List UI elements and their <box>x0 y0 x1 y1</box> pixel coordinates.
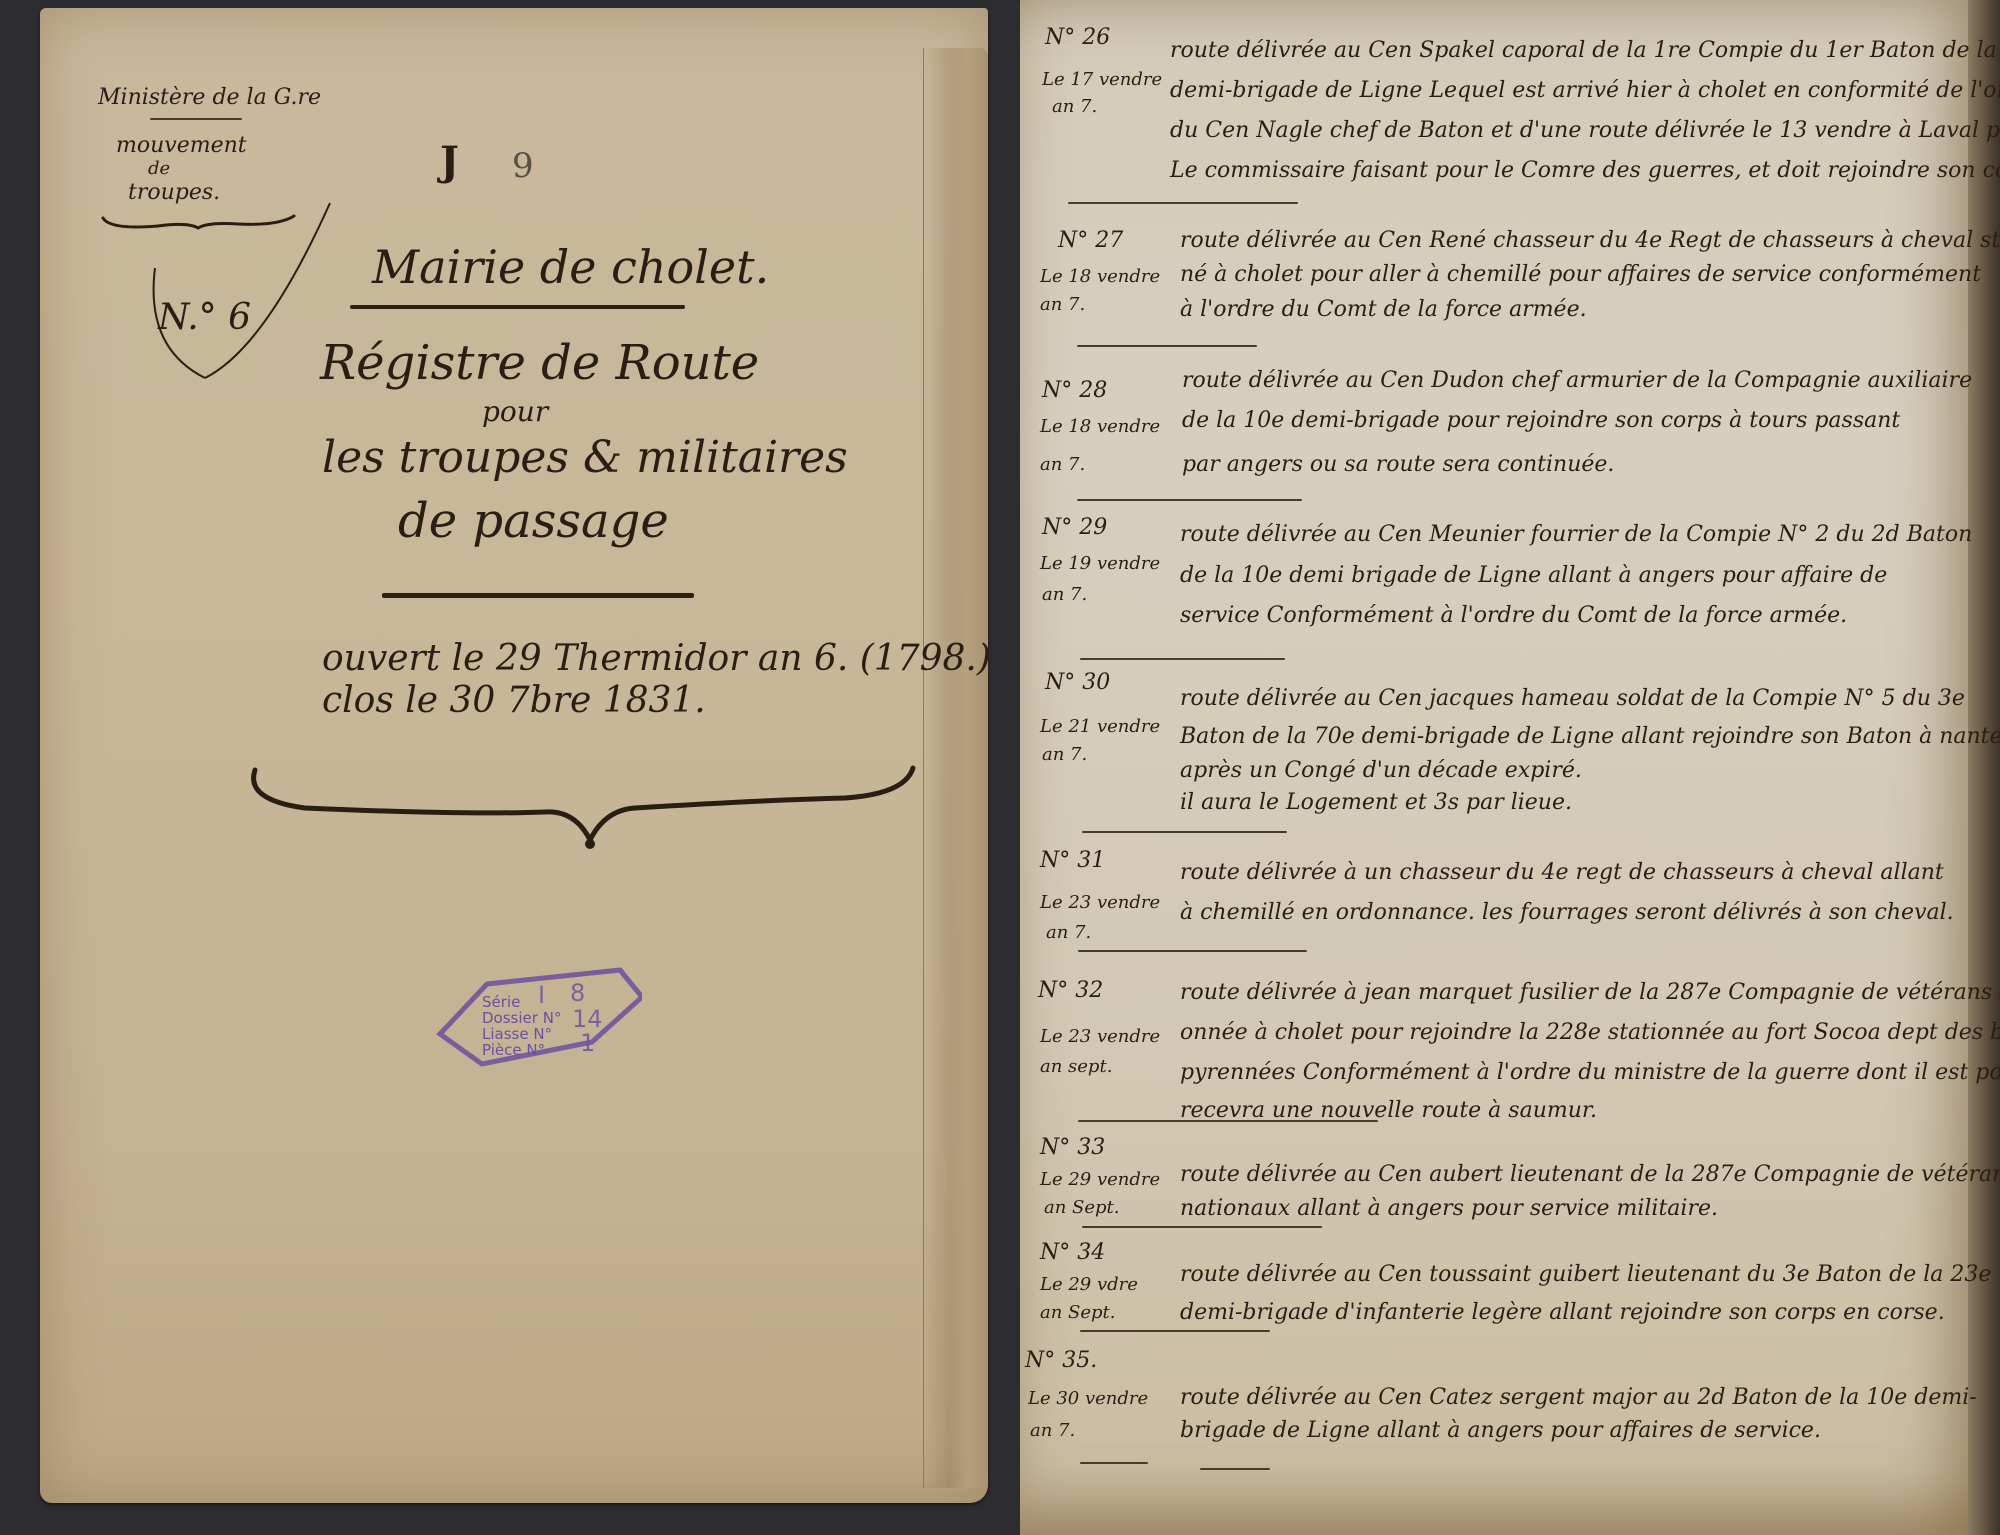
entry-text-line: route délivrée au Cen René chasseur du 4… <box>1180 228 2000 253</box>
entry-number: N° 29 <box>1042 515 1107 540</box>
entry-date-year: an Sept. <box>1040 1298 1116 1327</box>
cover-flourish <box>245 760 925 860</box>
entry-number: N° 34 <box>1040 1240 1105 1265</box>
entry-text-line: route délivrée au Cen Catez sergent majo… <box>1180 1385 1977 1410</box>
entry-date-year: an 7. <box>1030 1416 1075 1445</box>
entry-text-line: route délivrée au Cen toussaint guibert … <box>1180 1262 1991 1287</box>
entry-date-day: Le 30 vendre <box>1028 1384 1148 1413</box>
entry-text-line: il aura le Logement et 3s par lieue. <box>1180 790 1572 815</box>
entry-number: N° 26 <box>1045 25 1110 50</box>
entry-date-day: Le 29 vendre <box>1040 1165 1160 1194</box>
entry-date-year: an Sept. <box>1044 1193 1120 1222</box>
entry-text-line: route délivrée au Cen aubert lieutenant … <box>1180 1162 2000 1187</box>
entry-text-line: à chemillé en ordonnance. les fourrages … <box>1180 900 1954 925</box>
cover-title: Mairie de cholet. <box>372 240 769 294</box>
cover-corner-note-line2: mouvement <box>116 133 247 158</box>
entry-date-day: Le 18 vendre <box>1040 412 1160 441</box>
entry-text-line: né à cholet pour aller à chemillé pour a… <box>1180 262 1981 287</box>
cover-subtitle-line2: les troupes & militaires <box>322 432 848 483</box>
entry-text-line: route délivrée au Cen jacques hameau sol… <box>1180 686 1965 711</box>
entry-text-line: service Conformément à l'ordre du Comt d… <box>1180 603 1847 628</box>
entry-date-year: an 7. <box>1046 918 1091 947</box>
entry-text-line: demi-brigade de Ligne Lequel est arrivé … <box>1170 78 2000 103</box>
entry-date-year: an sept. <box>1040 1052 1112 1081</box>
entry-text-line: route délivrée à jean marquet fusilier d… <box>1180 980 2000 1005</box>
entry-date-year: an 7. <box>1042 740 1087 769</box>
entry-date-day: Le 19 vendre <box>1040 549 1160 578</box>
entry-divider <box>1080 1330 1270 1332</box>
entry-date-day: Le 18 vendre <box>1040 262 1160 291</box>
entry-divider <box>1068 202 1298 204</box>
stamp-label-dossier: Dossier N° <box>482 1011 561 1026</box>
entry-divider <box>1078 1120 1378 1122</box>
title-underline <box>350 305 685 309</box>
call-number-letter: J <box>440 138 459 185</box>
entry-date-day: Le 21 vendre <box>1040 712 1160 741</box>
stamp-value-piece: 1 <box>580 1036 595 1051</box>
entry-number: N° 31 <box>1040 848 1105 873</box>
archive-stamp: Série Dossier N° Liasse N° Pièce N° I 8 … <box>432 962 642 1072</box>
entry-text-line: brigade de Ligne allant à angers pour af… <box>1180 1418 1821 1443</box>
entry-divider <box>1077 345 1257 347</box>
closed-date: clos le 30 7bre 1831. <box>322 680 706 721</box>
stamp-label-liasse: Liasse N° <box>482 1027 552 1042</box>
entry-number: N° 33 <box>1040 1135 1105 1160</box>
entry-text-line: par angers ou sa route sera continuée. <box>1182 452 1614 477</box>
entry-date-year: an 7. <box>1052 92 1097 121</box>
entry-text-line: de la 10e demi-brigade pour rejoindre so… <box>1182 408 1900 433</box>
cover-subtitle: Régistre de Route <box>320 335 759 391</box>
entry-divider <box>1082 1226 1322 1228</box>
entry-divider <box>1077 499 1302 501</box>
volume-number: N.° 6 <box>158 297 251 338</box>
corner-note-divider <box>150 118 242 120</box>
cover-corner-note-line1: Ministère de la G.re <box>98 85 321 110</box>
entry-number: N° 32 <box>1038 978 1103 1003</box>
entry-date-day: Le 23 vendre <box>1040 888 1160 917</box>
stamp-value-dossier: 8 <box>570 986 585 1001</box>
entry-number: N° 27 <box>1058 228 1123 253</box>
entry-number: N° 28 <box>1042 378 1107 403</box>
entry-divider <box>1080 1462 1148 1464</box>
entry-text-line: après un Congé d'un décade expiré. <box>1180 758 1582 783</box>
opened-date: ouvert le 29 Thermidor an 6. (1798.) <box>322 638 991 679</box>
entry-text-line: onnée à cholet pour rejoindre la 228e st… <box>1180 1020 2000 1045</box>
stamp-value-liasse: 14 <box>572 1012 603 1027</box>
entry-text-line: Le commissaire faisant pour le Comre des… <box>1170 158 2000 183</box>
entry-text-line: demi-brigade d'infanterie legère allant … <box>1180 1300 1945 1325</box>
entry-text-line: du Cen Nagle chef de Baton et d'une rout… <box>1170 118 2000 143</box>
entry-date-year: an 7. <box>1042 580 1087 609</box>
entry-text-line: à l'ordre du Comt de la force armée. <box>1180 297 1587 322</box>
cover-subtitle-line3: de passage <box>398 493 669 549</box>
entry-text-line: nationaux allant à angers pour service m… <box>1180 1196 1718 1221</box>
entry-date-year: an 7. <box>1040 290 1085 319</box>
entry-divider <box>1082 831 1287 833</box>
entry-text-line: route délivrée au Cen Spakel caporal de … <box>1170 38 1997 63</box>
stamp-label-serie: Série <box>482 995 520 1010</box>
stamp-value-serie: I <box>538 988 545 1003</box>
entry-date-year: an 7. <box>1040 450 1085 479</box>
entry-number: N° 35. <box>1025 1348 1097 1373</box>
entry-divider <box>1078 950 1248 952</box>
entry-divider <box>1225 950 1307 952</box>
entry-text-line: route délivrée à un chasseur du 4e regt … <box>1180 860 1944 885</box>
entry-text-line: route délivrée au Cen Dudon chef armurie… <box>1182 368 1972 393</box>
entry-date-day: Le 29 vdre <box>1040 1270 1138 1299</box>
call-number-digit: 9 <box>512 146 534 186</box>
entry-date-day: Le 17 vendre <box>1042 65 1162 94</box>
cover-subtitle-pour: pour <box>482 395 548 428</box>
entry-date-day: Le 23 vendre <box>1040 1022 1160 1051</box>
entry-text-line: Baton de la 70e demi-brigade de Ligne al… <box>1180 724 2000 749</box>
stamp-label-piece: Pièce N° <box>482 1043 545 1058</box>
subtitle-divider <box>382 593 694 598</box>
cover-page-edges <box>923 48 988 1488</box>
entry-text-line: pyrennées Conformément à l'ordre du mini… <box>1180 1060 2000 1085</box>
entry-text-line: de la 10e demi brigade de Ligne allant à… <box>1180 563 1887 588</box>
entry-text-line: route délivrée au Cen Meunier fourrier d… <box>1180 522 1972 547</box>
cover-corner-note-line3: de <box>148 158 170 179</box>
entry-divider <box>1080 658 1285 660</box>
entry-divider <box>1200 1468 1270 1470</box>
entry-number: N° 30 <box>1045 670 1110 695</box>
